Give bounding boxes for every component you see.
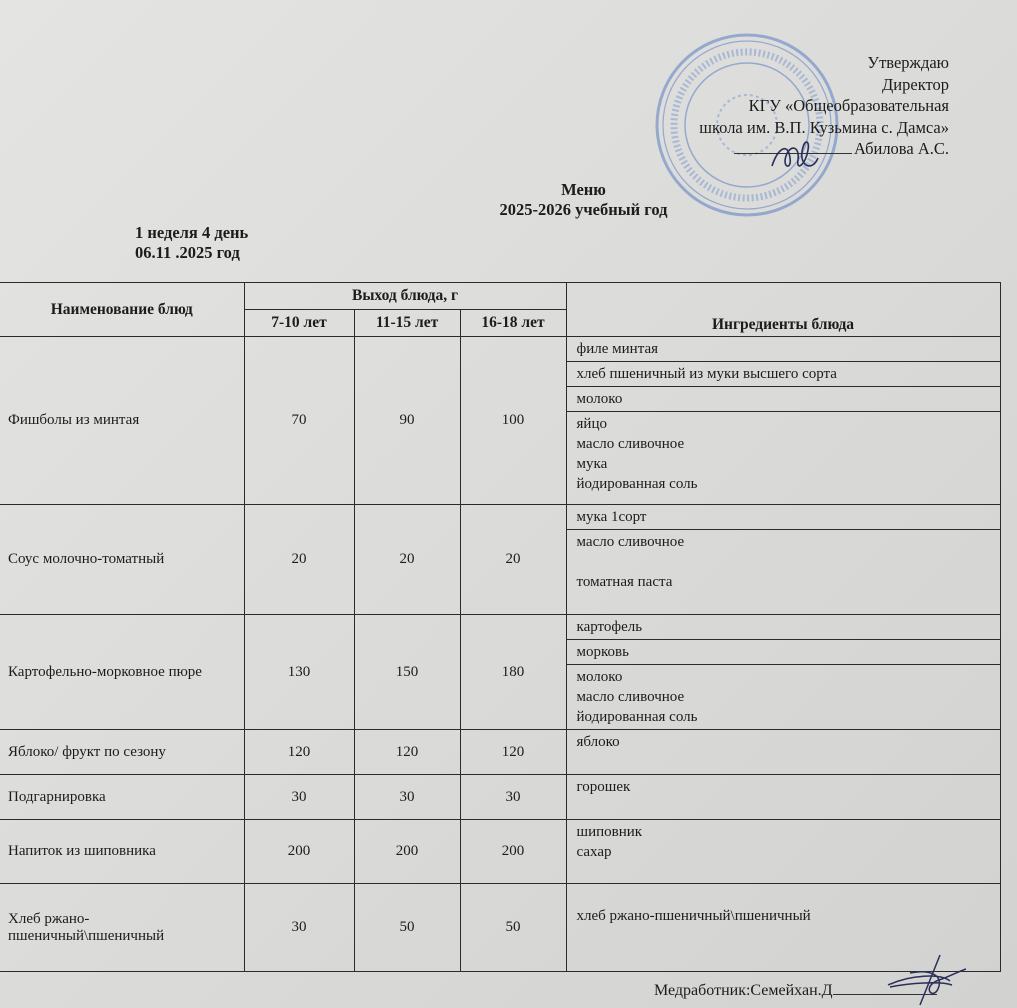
ingredient-item: масло сливочное xyxy=(577,532,990,552)
yield-11-15: 30 xyxy=(354,775,460,820)
menu-table: Наименование блюд Выход блюда, г Ингреди… xyxy=(0,282,1001,972)
yield-11-15: 120 xyxy=(354,730,460,775)
yield-7-10: 70 xyxy=(244,337,354,505)
title-year: 2025-2026 учебный год xyxy=(0,200,1017,220)
dish-name: Напиток из шиповника xyxy=(0,820,244,884)
week-day-info: 1 неделя 4 день 06.11 .2025 год xyxy=(135,223,248,263)
ingredients-cell: картофельморковьмолокомасло сливочноейод… xyxy=(566,615,1000,730)
table-row: Напиток из шиповника200200200шиповниксах… xyxy=(0,820,1000,884)
ingredient-group: молокомасло сливочноейодированная соль xyxy=(567,664,1000,729)
dish-name: Хлеб ржано-пшеничный\пшеничный xyxy=(0,884,244,972)
approval-position: Директор xyxy=(699,74,949,96)
medic-name: Медработник:Семейхан.Д xyxy=(654,982,833,999)
table-row: Яблоко/ фрукт по сезону120120120яблоко xyxy=(0,730,1000,775)
header-yield: Выход блюда, г xyxy=(244,283,566,310)
table-row: Фишболы из минтая7090100филе минтаяхлеб … xyxy=(0,337,1000,505)
ingredient-group: картофель xyxy=(567,615,1000,639)
table-row: Соус молочно-томатный202020мука 1сортмас… xyxy=(0,505,1000,615)
ingredient-item: йодированная соль xyxy=(577,474,990,494)
ingredient-item: шиповник xyxy=(577,822,990,842)
ingredient-item: морковь xyxy=(577,642,990,662)
ingredient-item: горошек xyxy=(577,777,990,797)
yield-16-18: 200 xyxy=(460,820,566,884)
ingredient-item: молоко xyxy=(577,389,990,409)
ingredient-group: молоко xyxy=(567,386,1000,411)
header-age-7-10: 7-10 лет xyxy=(244,310,354,337)
ingredient-item: томатная паста xyxy=(577,572,990,592)
ingredient-item: хлеб ржано-пшеничный\пшеничный xyxy=(577,906,990,926)
document-title: Меню 2025-2026 учебный год xyxy=(0,180,1017,220)
yield-16-18: 20 xyxy=(460,505,566,615)
ingredient-item: яблоко xyxy=(577,732,990,752)
yield-7-10: 130 xyxy=(244,615,354,730)
ingredient-item: молоко xyxy=(577,667,990,687)
medic-signature-icon xyxy=(880,945,970,1008)
yield-16-18: 50 xyxy=(460,884,566,972)
dish-name: Картофельно-морковное пюре xyxy=(0,615,244,730)
header-age-11-15: 11-15 лет xyxy=(354,310,460,337)
approval-heading: Утверждаю xyxy=(699,52,949,74)
ingredient-group: морковь xyxy=(567,639,1000,664)
ingredient-item: хлеб пшеничный из муки высшего сорта xyxy=(577,364,990,384)
yield-7-10: 30 xyxy=(244,884,354,972)
ingredient-group: яблоко xyxy=(567,730,1000,774)
table-row: Подгарнировка303030горошек xyxy=(0,775,1000,820)
ingredient-item: мука xyxy=(577,454,990,474)
yield-7-10: 120 xyxy=(244,730,354,775)
ingredient-item xyxy=(577,592,990,612)
ingredient-item xyxy=(577,886,990,906)
yield-11-15: 200 xyxy=(354,820,460,884)
ingredients-cell: горошек xyxy=(566,775,1000,820)
ingredients-cell: филе минтаяхлеб пшеничный из муки высшег… xyxy=(566,337,1000,505)
week-label: 1 неделя 4 день xyxy=(135,223,248,243)
ingredients-cell: шиповниксахар xyxy=(566,820,1000,884)
approval-org: КГУ «Общеобразовательная xyxy=(699,95,949,117)
title-menu: Меню xyxy=(0,180,1017,200)
header-age-16-18: 16-18 лет xyxy=(460,310,566,337)
director-signature-icon xyxy=(760,128,840,178)
ingredient-group: яйцомасло сливочноемукайодированная соль xyxy=(567,411,1000,496)
dish-name: Подгарнировка xyxy=(0,775,244,820)
yield-7-10: 30 xyxy=(244,775,354,820)
dish-name: Фишболы из минтая xyxy=(0,337,244,505)
header-ingredients: Ингредиенты блюда xyxy=(566,283,1000,337)
ingredients-cell: яблоко xyxy=(566,730,1000,775)
ingredient-group: мука 1сорт xyxy=(567,505,1000,529)
approval-signatory: Абилова А.С. xyxy=(854,139,949,158)
yield-11-15: 150 xyxy=(354,615,460,730)
yield-16-18: 30 xyxy=(460,775,566,820)
header-dish-name: Наименование блюд xyxy=(0,283,244,337)
yield-7-10: 200 xyxy=(244,820,354,884)
table-row: Картофельно-морковное пюре130150180карто… xyxy=(0,615,1000,730)
ingredient-group: шиповниксахар xyxy=(567,820,1000,864)
yield-16-18: 120 xyxy=(460,730,566,775)
ingredient-group: масло сливочное томатная паста xyxy=(567,529,1000,614)
yield-11-15: 90 xyxy=(354,337,460,505)
ingredient-item: масло сливочное xyxy=(577,434,990,454)
dish-name: Соус молочно-томатный xyxy=(0,505,244,615)
table-row: Хлеб ржано-пшеничный\пшеничный305050 хле… xyxy=(0,884,1000,972)
ingredient-item: масло сливочное xyxy=(577,687,990,707)
yield-16-18: 180 xyxy=(460,615,566,730)
ingredient-item: сахар xyxy=(577,842,990,862)
yield-16-18: 100 xyxy=(460,337,566,505)
yield-7-10: 20 xyxy=(244,505,354,615)
ingredient-item: картофель xyxy=(577,617,990,637)
ingredient-item: яйцо xyxy=(577,414,990,434)
ingredient-item: филе минтая xyxy=(577,339,990,359)
date-label: 06.11 .2025 год xyxy=(135,243,248,263)
dish-name: Яблоко/ фрукт по сезону xyxy=(0,730,244,775)
ingredient-item: йодированная соль xyxy=(577,707,990,727)
yield-11-15: 20 xyxy=(354,505,460,615)
ingredient-item: мука 1сорт xyxy=(577,507,990,527)
yield-11-15: 50 xyxy=(354,884,460,972)
ingredient-item xyxy=(577,552,990,572)
ingredient-group: хлеб пшеничный из муки высшего сорта xyxy=(567,361,1000,386)
ingredient-group: горошек xyxy=(567,775,1000,819)
ingredient-item xyxy=(577,797,990,817)
ingredient-item xyxy=(577,752,990,772)
ingredients-cell: мука 1сортмасло сливочное томатная паста xyxy=(566,505,1000,615)
ingredient-item xyxy=(577,926,990,946)
ingredient-group: филе минтая xyxy=(567,337,1000,361)
